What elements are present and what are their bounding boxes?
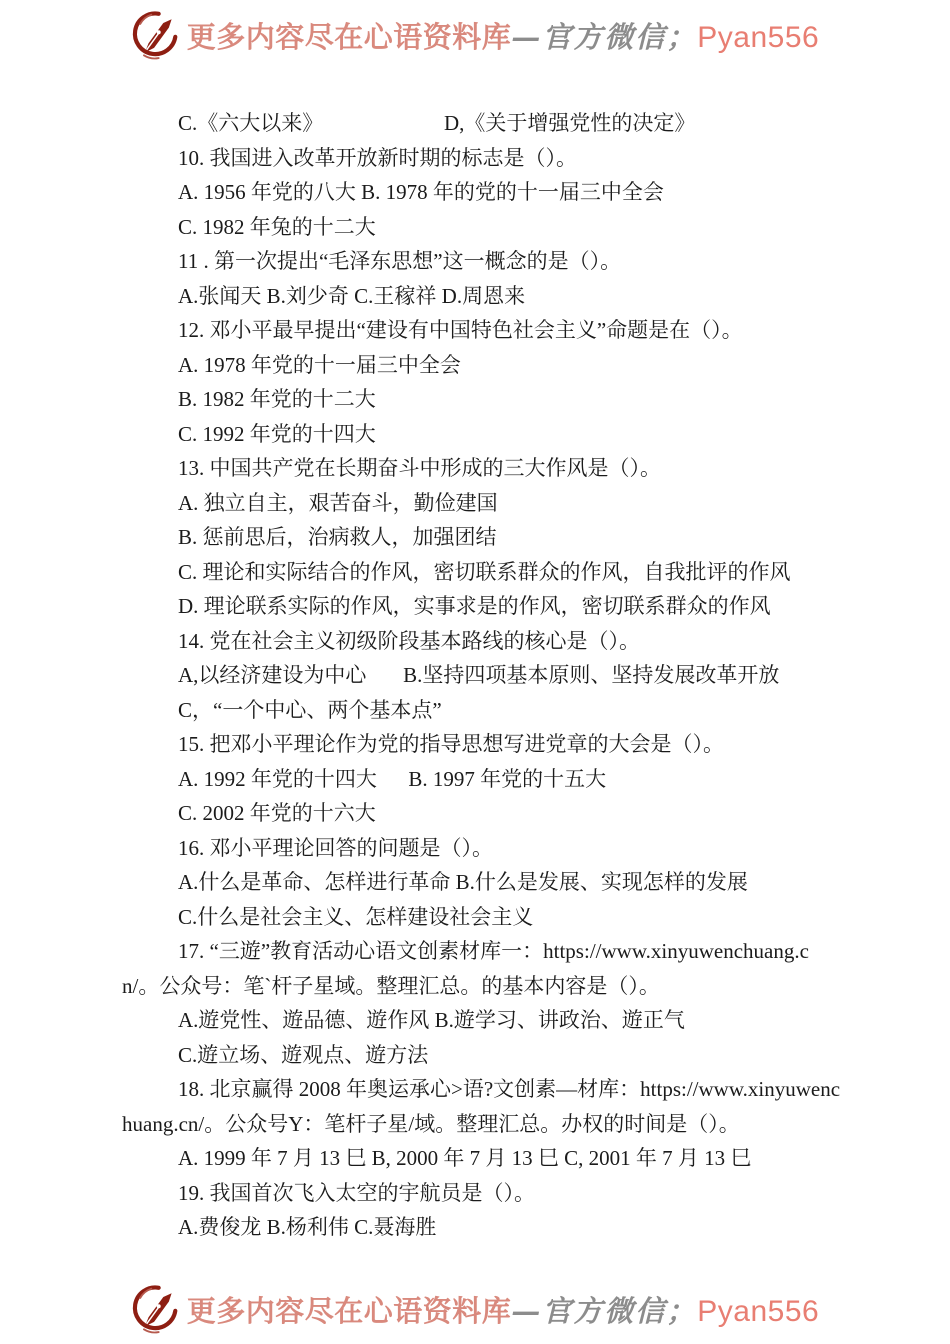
footer-watermark: 更多内容尽在心语资料库—官方微信；Pyan556 (0, 1279, 950, 1339)
header-wechat-id: Pyan556 (697, 21, 819, 54)
document-line: C.遊立场、遊观点、遊方法 (122, 1038, 838, 1073)
document-line: 13. 中国共产党在长期奋斗中形成的三大作风是（）。 (122, 451, 838, 486)
document-line: 10. 我国进入改革开放新时期的标志是（）。 (122, 141, 838, 176)
header-watermark-text: 更多内容尽在心语资料库—官方微信；Pyan556 (187, 15, 819, 56)
document-line: 18. 北京赢得 2008 年奥运承心>语?文创素—材库：https://www… (122, 1072, 838, 1107)
document-line: A. 1956 年党的八大 B. 1978 年的党的十一届三中全会 (122, 175, 838, 210)
document-line: 15. 把邓小平理论作为党的指导思想写进党章的大会是（）。 (122, 727, 838, 762)
document-line: C. 1992 年党的十四大 (122, 417, 838, 452)
document-line: A.费俊龙 B.杨利伟 C.聂海胜 (122, 1210, 838, 1245)
pen-nib-logo-icon (131, 8, 179, 62)
document-line: D. 理论联系实际的作风，实事求是的作风，密切联系群众的作风 (122, 589, 838, 624)
document-body: C.《六大以来》 D,《关于增强党性的决定》10. 我国进入改革开放新时期的标志… (122, 106, 838, 1245)
header-brand-text: 更多内容尽在心语资料库 (187, 22, 512, 54)
document-line: C，“一个中心、两个基本点” (122, 693, 838, 728)
document-page: 更多内容尽在心语资料库—官方微信；Pyan556 C.《六大以来》 D,《关于增… (0, 0, 950, 1344)
document-line: A.遊党性、遊品德、遊作风 B.遊学习、讲政治、遊正气 (122, 1003, 838, 1038)
document-line: A.张闻天 B.刘少奇 C.王稼祥 D.周恩来 (122, 279, 838, 314)
document-line: C.《六大以来》 D,《关于增强党性的决定》 (122, 106, 838, 141)
document-line: n/。公众号：笔`杆子星域。整理汇总。的基本内容是（）。 (122, 969, 838, 1004)
document-line: huang.cn/。公众号Y：笔杆子星/域。整理汇总。办权的时间是（）。 (122, 1107, 838, 1142)
document-line: B. 1982 年党的十二大 (122, 382, 838, 417)
document-line: 11 . 第一次提出“毛泽东思想”这一概念的是（）。 (122, 244, 838, 279)
document-line: A. 1978 年党的十一届三中全会 (122, 348, 838, 383)
footer-wechat-label: —官方微信； (511, 1294, 697, 1328)
document-line: A.什么是革命、怎样进行革命 B.什么是发展、实现怎样的发展 (122, 865, 838, 900)
document-line: A. 1999 年 7 月 13 巳 B, 2000 年 7 月 13 巳 C,… (122, 1141, 838, 1176)
document-line: C. 2002 年党的十六大 (122, 796, 838, 831)
footer-wechat-id: Pyan556 (697, 1295, 819, 1328)
document-line: 14. 党在社会主义初级阶段基本路线的核心是（）。 (122, 624, 838, 659)
document-line: C. 1982 年兔的十二大 (122, 210, 838, 245)
footer-brand-text: 更多内容尽在心语资料库 (187, 1296, 512, 1328)
document-line: C. 理论和实际结合的作风，密切联系群众的作风，自我批评的作风 (122, 555, 838, 590)
document-line: C.什么是社会主义、怎样建设社会主义 (122, 900, 838, 935)
document-line: A,以经济建设为中心 B.坚持四项基本原则、坚持发展改革开放 (122, 658, 838, 693)
header-wechat-label: —官方微信； (511, 20, 697, 54)
document-line: 12. 邓小平最早提出“建设有中国特色社会主义”命题是在（）。 (122, 313, 838, 348)
document-line: A. 1992 年党的十四大 B. 1997 年党的十五大 (122, 762, 838, 797)
document-line: 17. “三遊”教育活动心语文创素材库一：https://www.xinyuwe… (122, 934, 838, 969)
footer-watermark-text: 更多内容尽在心语资料库—官方微信；Pyan556 (187, 1289, 819, 1330)
document-line: B. 惩前思后，治病救人，加强团结 (122, 520, 838, 555)
header-watermark: 更多内容尽在心语资料库—官方微信；Pyan556 (0, 5, 950, 65)
document-line: 16. 邓小平理论回答的问题是（）。 (122, 831, 838, 866)
pen-nib-logo-icon (131, 1282, 179, 1336)
document-line: A. 独立自主，艰苦奋斗，勤俭建国 (122, 486, 838, 521)
document-line: 19. 我国首次飞入太空的宇航员是（）。 (122, 1176, 838, 1211)
